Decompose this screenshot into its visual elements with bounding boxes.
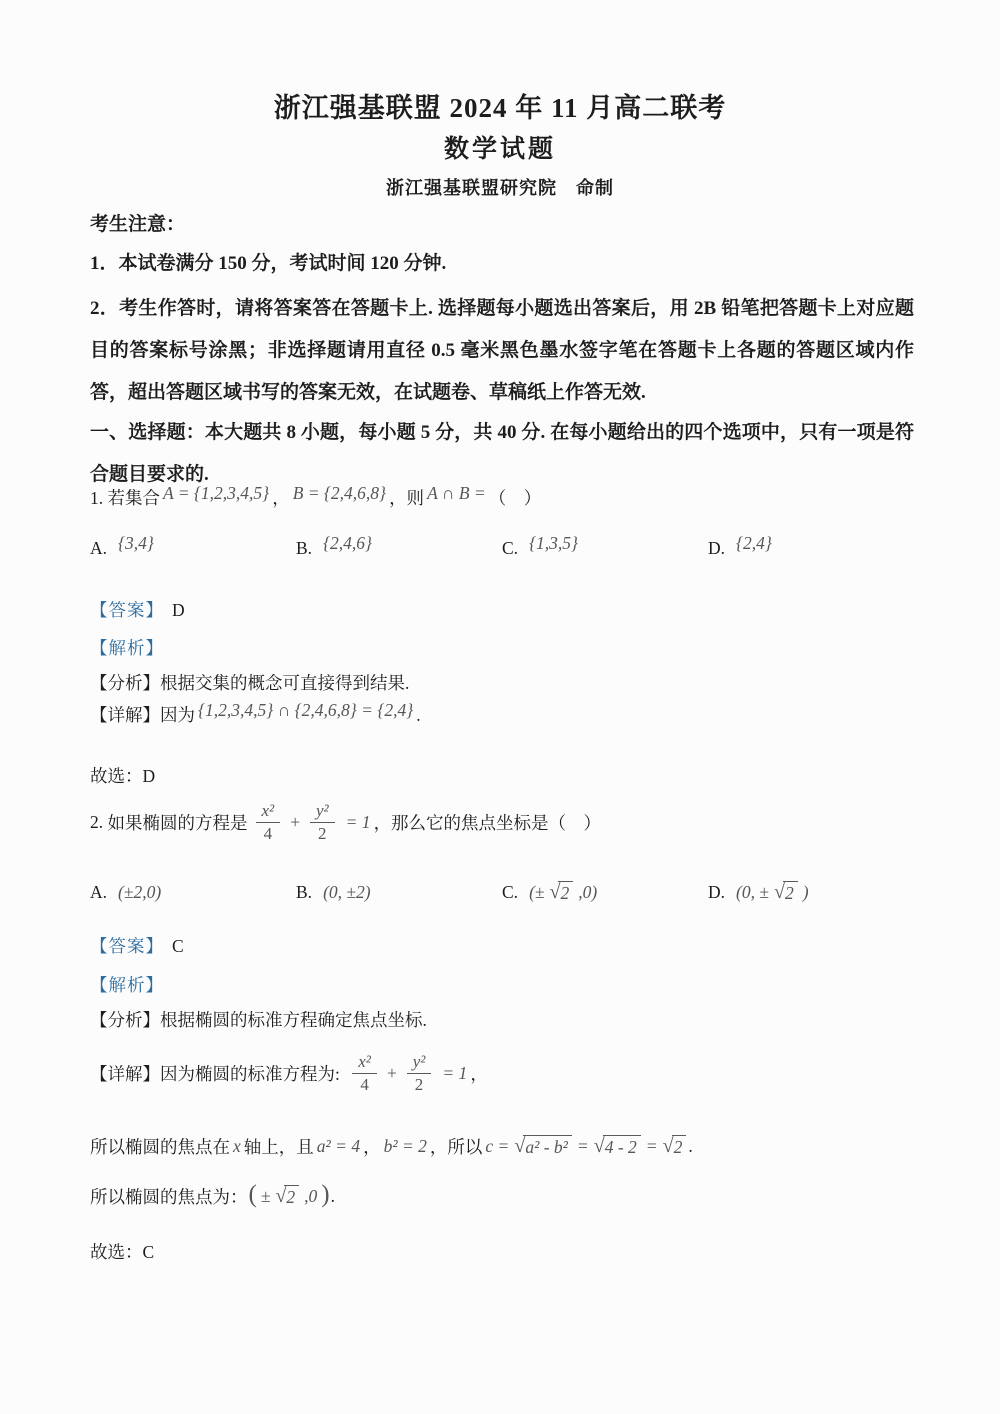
- q1-solution-period: .: [416, 705, 420, 725]
- q2-option-d-radicand: 2: [783, 881, 798, 904]
- q2-number: 2.: [90, 812, 108, 833]
- q2-conclusion: 故选：C: [90, 1238, 914, 1266]
- exam-title: 浙江强基联盟 2024 年 11 月高二联考: [0, 86, 1000, 125]
- q1-approach-text: 根据交集的概念可直接得到结果.: [160, 673, 409, 693]
- notice-heading: 考生注意：: [90, 209, 914, 236]
- q1-set-b-formula: B = {2,4,6,8}: [293, 483, 386, 503]
- q1-option-a-value: {3,4}: [118, 533, 154, 553]
- q1-approach-line: 【分析】根据交集的概念可直接得到结果.: [90, 669, 914, 697]
- q1-answer-blank: （ ）: [489, 488, 542, 508]
- q1-set-a-formula: A = {1,2,3,4,5}: [163, 483, 269, 503]
- q2-d2-comma: ，: [363, 1134, 381, 1159]
- q2-plus-operator: +: [289, 812, 301, 833]
- exam-subtitle: 数学试题: [0, 129, 1000, 165]
- q2-approach-text: 根据椭圆的标准方程确定焦点坐标.: [160, 1010, 427, 1030]
- q2-d2-sqrt-1: √a² - b²: [514, 1135, 572, 1158]
- q2-d3-plus-minus: ±: [261, 1186, 271, 1207]
- q1-conclusion: 故选：D: [90, 762, 914, 790]
- q1-stem-text: 若集合: [108, 488, 161, 508]
- q2-approach-tag: 【分析】: [90, 1010, 160, 1030]
- q1-option-d: D.{2,4}: [708, 538, 888, 559]
- q1-option-a: A.{3,4}: [90, 538, 296, 559]
- q2-option-a-label: A.: [90, 882, 107, 903]
- radical-sign: √: [275, 1186, 286, 1206]
- q2-analysis-tag: 【解析】: [90, 975, 164, 995]
- q1-option-b: B.{2,4,6}: [296, 538, 502, 559]
- q2-d2-equals-1: =: [577, 1136, 589, 1157]
- q1-solution-tag: 【详解】: [90, 705, 160, 725]
- q2-option-a-value: (±2,0): [118, 882, 161, 903]
- q2-option-c-label: C.: [502, 882, 518, 903]
- q2-fraction-x: x²4: [253, 801, 284, 842]
- q2-d2-text-2: 轴上，且: [244, 1134, 314, 1159]
- q1-analysis-tag: 【解析】: [90, 638, 164, 658]
- q2-frac-x-denominator: 4: [264, 823, 273, 843]
- radical-sign: √: [514, 1136, 525, 1156]
- q2-d3-period: .: [331, 1186, 335, 1207]
- q1-analysis-tag-line: 【解析】: [90, 634, 914, 662]
- q1-number: 1.: [90, 488, 108, 508]
- q1-then-text: ，则: [389, 488, 424, 508]
- q2-option-c-close: ,0): [578, 882, 597, 903]
- question-2-options: A.(±2,0) B.(0, ±2) C.(±√2,0) D.(0, ±√2): [90, 868, 914, 916]
- exam-byline: 浙江强基联盟研究院 命制: [0, 174, 1000, 200]
- q2-option-c-sqrt: √2: [550, 881, 574, 904]
- q2-frac-y-denominator: 2: [318, 823, 327, 843]
- q2-answer-letter: C: [172, 936, 184, 956]
- radical-sign: √: [774, 882, 785, 902]
- q2-solution-line-3: 所以椭圆的焦点为： ( ± √2 ,0 ) .: [90, 1170, 914, 1222]
- q2-d2-sqrt-2: √4 - 2: [594, 1135, 641, 1158]
- q2-stem-post: ，那么它的焦点坐标是（ ）: [374, 810, 602, 835]
- q1-option-c: C.{1,3,5}: [502, 538, 708, 559]
- q2-frac-x-numerator: x²: [256, 801, 281, 822]
- q1-option-d-value: {2,4}: [736, 533, 772, 553]
- q2-option-d-label: D.: [708, 882, 725, 903]
- q2-sol-frac-x-num: x²: [352, 1052, 377, 1073]
- q2-solution-pre: 因为椭圆的标准方程为:: [160, 1061, 344, 1086]
- q2-fraction-y: y²2: [307, 801, 338, 842]
- notice-item-2: 2．考生作答时，请将答案答在答题卡上. 选择题每小题选出答案后，用 2B 铅笔把…: [90, 288, 914, 414]
- q2-option-a: A.(±2,0): [90, 882, 296, 903]
- q2-option-b-label: B.: [296, 882, 312, 903]
- q2-sol-equals-one: = 1: [442, 1063, 467, 1084]
- q2-d2-x-axis-var: x: [233, 1136, 241, 1157]
- q2-d2-text-3: ，所以: [430, 1134, 483, 1159]
- q2-option-d-close: ): [803, 882, 809, 903]
- q2-sol-plus-operator: +: [386, 1063, 398, 1084]
- q1-option-c-label: C.: [502, 538, 518, 558]
- radical-sign: √: [663, 1136, 674, 1156]
- q2-analysis-tag-line: 【解析】: [90, 971, 914, 999]
- q2-option-d: D.(0, ±√2): [708, 881, 888, 904]
- q1-comma: ，: [272, 488, 290, 508]
- q2-answer-line: 【答案】C: [90, 932, 914, 960]
- q1-option-b-value: {2,4,6}: [323, 533, 372, 553]
- q2-option-d-sqrt: √2: [774, 881, 798, 904]
- q2-sol-frac-x-den: 4: [360, 1074, 369, 1094]
- q2-d3-pre: 所以椭圆的焦点为：: [90, 1184, 248, 1209]
- q2-d2-equals-2: =: [646, 1136, 658, 1157]
- q2-d2-radicand-2: 4 - 2: [603, 1135, 641, 1158]
- q1-option-d-label: D.: [708, 538, 725, 558]
- q2-equals-one: = 1: [346, 812, 371, 833]
- q2-solution-line-2: 所以椭圆的焦点在 x 轴上，且 a² = 4 ， b² = 2 ，所以 c = …: [90, 1126, 914, 1166]
- q1-answer-tag: 【答案】: [90, 600, 164, 620]
- q2-sol-comma: ，: [470, 1061, 488, 1086]
- q2-answer-tag: 【答案】: [90, 936, 164, 956]
- q2-sol-fraction-y: y²2: [404, 1052, 435, 1093]
- q2-sol-frac-y-num: y²: [407, 1052, 432, 1073]
- q1-option-b-label: B.: [296, 538, 312, 558]
- q2-sol-frac-y-den: 2: [415, 1074, 424, 1094]
- q2-frac-y-numerator: y²: [310, 801, 335, 822]
- q2-d3-sqrt: √2: [275, 1185, 299, 1208]
- q1-solution-formula: {1,2,3,4,5} ∩ {2,4,6,8} = {2,4}: [198, 700, 413, 720]
- q2-d2-radicand-3: 2: [672, 1135, 687, 1158]
- q2-solution-line-1: 【详解】 因为椭圆的标准方程为: x²4 + y²2 = 1 ，: [90, 1040, 914, 1106]
- question-1-options: A.{3,4} B.{2,4,6} C.{1,3,5} D.{2,4}: [90, 538, 914, 559]
- radical-sign: √: [550, 882, 561, 902]
- q2-d2-c-equals: c =: [485, 1136, 509, 1157]
- q2-d3-close-paren: ): [321, 1181, 329, 1209]
- question-1-stem: 1. 若集合A = {1,2,3,4,5}，B = {2,4,6,8}，则A ∩…: [90, 483, 914, 513]
- q2-d2-text-1: 所以椭圆的焦点在: [90, 1134, 230, 1159]
- q2-sol-fraction-x: x²4: [349, 1052, 380, 1093]
- q1-option-a-label: A.: [90, 538, 107, 558]
- radical-sign: √: [594, 1136, 605, 1156]
- q1-option-c-value: {1,3,5}: [529, 533, 578, 553]
- q2-d3-radicand: 2: [284, 1185, 299, 1208]
- q1-solution-pre: 因为: [160, 705, 195, 725]
- q2-option-b-value: (0, ±2): [323, 882, 371, 903]
- q2-option-c-open: (±: [529, 882, 544, 903]
- q2-solution-tag: 【详解】: [90, 1061, 160, 1086]
- q1-answer-line: 【答案】D: [90, 596, 914, 624]
- q2-d2-period: .: [688, 1136, 692, 1157]
- q1-intersection-formula: A ∩ B =: [427, 483, 486, 503]
- q2-option-b: B.(0, ±2): [296, 882, 502, 903]
- q2-stem-text: 如果椭圆的方程是: [108, 810, 248, 835]
- q1-approach-tag: 【分析】: [90, 673, 160, 693]
- q2-d3-zero: ,0: [304, 1186, 317, 1207]
- q2-option-c: C.(±√2,0): [502, 881, 708, 904]
- q2-d2-radicand-1: a² - b²: [523, 1135, 572, 1158]
- q2-option-c-radicand: 2: [558, 881, 573, 904]
- q2-d2-b-squared: b² = 2: [384, 1136, 427, 1157]
- q2-d2-a-squared: a² = 4: [317, 1136, 360, 1157]
- exam-page: 浙江强基联盟 2024 年 11 月高二联考 数学试题 浙江强基联盟研究院 命制…: [0, 0, 1000, 1414]
- q2-d2-sqrt-3: √2: [663, 1135, 687, 1158]
- q2-approach-line: 【分析】根据椭圆的标准方程确定焦点坐标.: [90, 1006, 914, 1034]
- q1-answer-letter: D: [172, 600, 185, 620]
- q2-option-d-open: (0, ±: [736, 882, 769, 903]
- question-2-stem: 2. 如果椭圆的方程是 x²4 + y²2 = 1 ，那么它的焦点坐标是（ ）: [90, 788, 914, 856]
- notice-item-1: 1．本试卷满分 150 分，考试时间 120 分钟.: [90, 248, 914, 275]
- q1-solution-line: 【详解】因为{1,2,3,4,5} ∩ {2,4,6,8} = {2,4}.: [90, 701, 914, 729]
- q2-d3-open-paren: (: [249, 1181, 257, 1209]
